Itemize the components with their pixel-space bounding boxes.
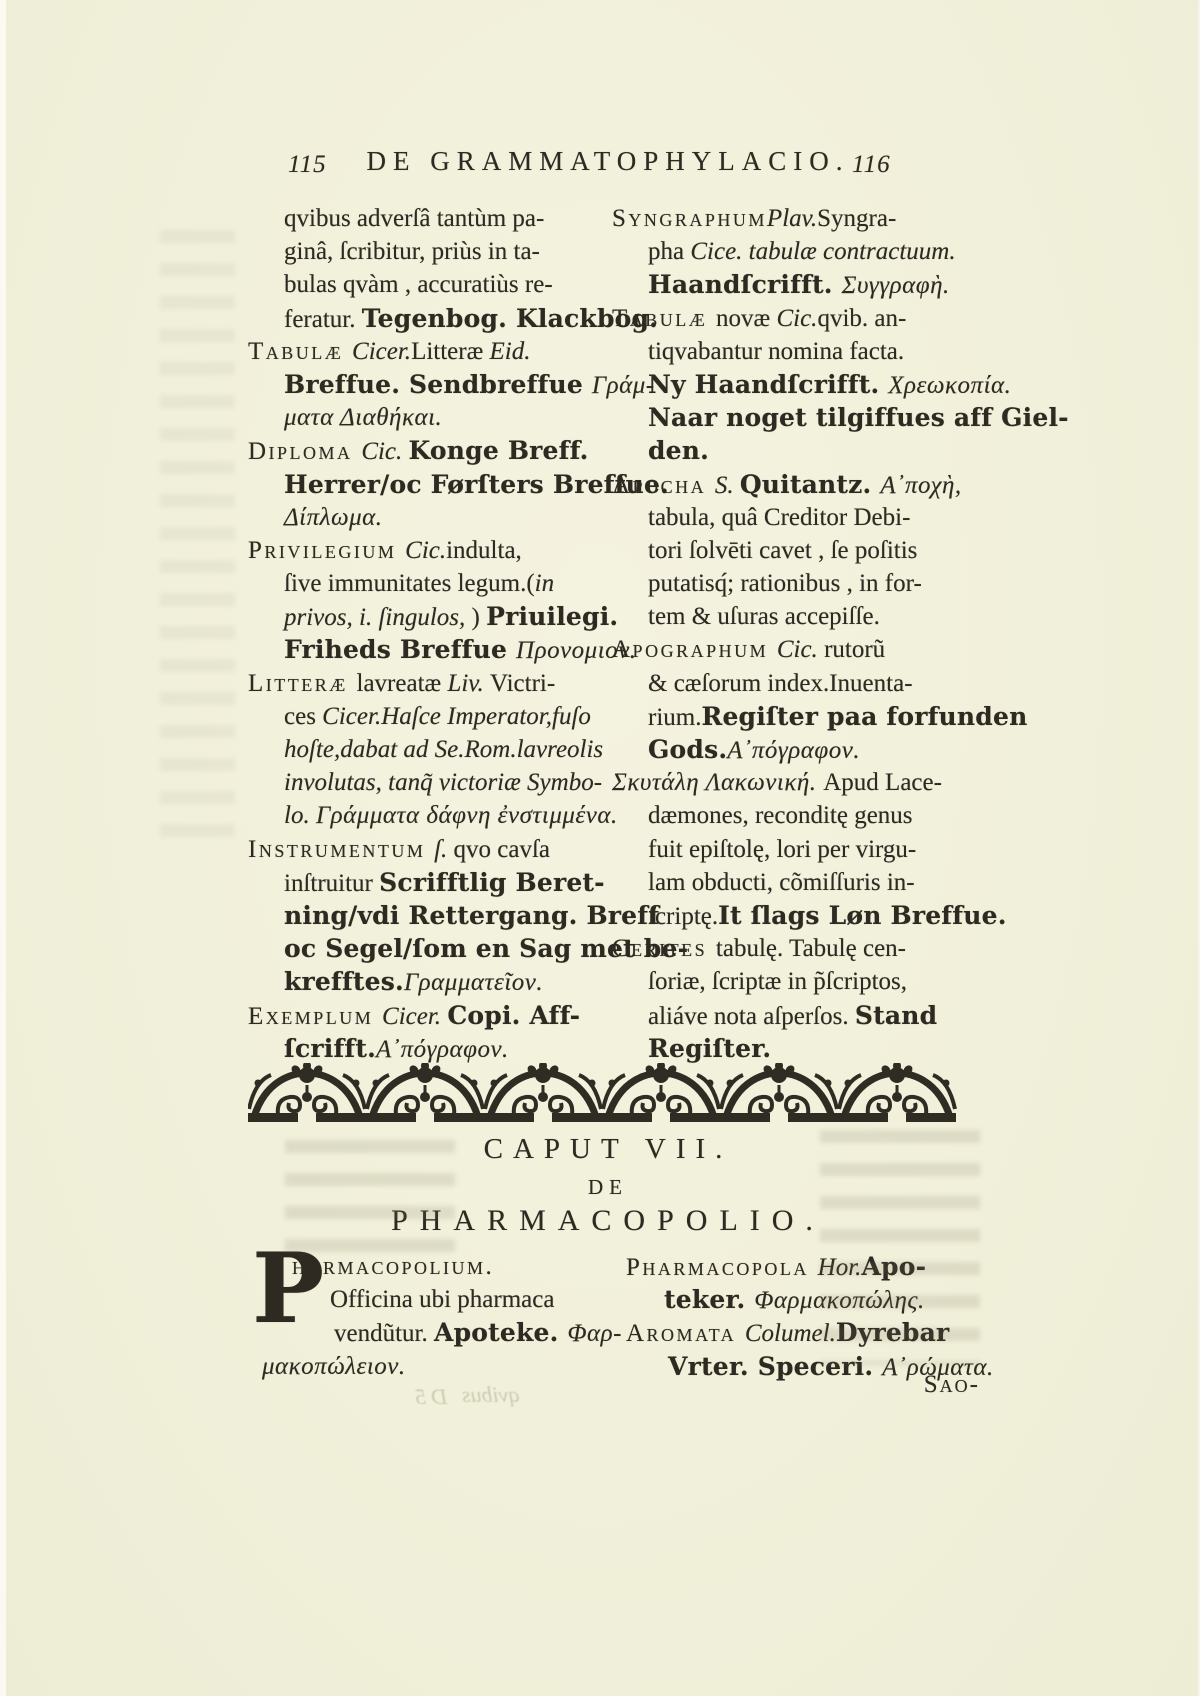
text-line: ginâ, ſcribitur, priùs in ta- — [248, 235, 608, 268]
text-line: feratur. Tegenbog. Klackbog. — [248, 302, 608, 335]
text-line: ces Cicer.Haſce Imperator,fuſo — [248, 700, 608, 733]
left-column: qvibus adverſâ tantùm pa-ginâ, ſcribitur… — [248, 202, 608, 1065]
text-line: vendũtur. Apoteke. Φαρ- — [248, 1316, 628, 1349]
text-line: pha Cice. tabulæ contractuum. — [612, 235, 984, 268]
text-line: μακοπώλειον. — [248, 1350, 628, 1383]
text-line: oc Segel/ſom en Sag met be- — [248, 932, 608, 965]
text-line: putatisq́; rationibus , in for- — [612, 567, 984, 600]
show-through-catchword: qvibus — [462, 1382, 519, 1408]
text-line: ſcrifft.Α᾿πόγραφον. — [248, 1032, 608, 1065]
book-page: 115 DE GRAMMATOPHYLACIO. 116 qvibus adve… — [0, 0, 1200, 1696]
text-line: & cæſorum index.Inuenta- — [612, 667, 984, 700]
text-line: bulas qvàm , accuratiùs re- — [248, 268, 608, 301]
text-line: Δίπλωμα. — [248, 501, 608, 534]
text-line: Apocha S. Quitantz. Α᾿ποχὴ, — [612, 468, 984, 501]
page-number-right: 116 — [852, 151, 891, 179]
text-line: lam obducti, cõmiſſuris in- — [612, 866, 984, 899]
text-line: Friheds Breffue Προνομιον. — [248, 633, 608, 666]
text-line: ning/vdi Rettergang. Breff — [248, 899, 608, 932]
text-line: Regiſter. — [612, 1032, 984, 1065]
text-line: Herrer/oc Førſters Breffue. — [248, 468, 608, 501]
text-line: ſive immunitates legum.(in — [248, 567, 608, 600]
catchword: Sao- — [840, 1371, 980, 1399]
text-line: Gods.Α᾿πόγραφον. — [612, 733, 984, 766]
text-line: hoſte,dabat ad Se.Rom.lavreolis — [248, 733, 608, 766]
text-line: den. — [612, 434, 984, 467]
text-line: Cerites tabulę. Tabulę cen- — [612, 932, 984, 965]
text-line: Breffue. Sendbreffue Γράμ- — [248, 368, 608, 401]
show-through-streak — [285, 1140, 455, 1260]
text-line: Naar noget tilgiffues aff Giel- — [612, 401, 984, 434]
text-line: tabula, quâ Creditor Debi- — [612, 501, 984, 534]
section-left-column: harmacopolium.Officina ubi pharmacavendũ… — [248, 1250, 628, 1383]
text-line: SyngraphumPlav.Syngra- — [612, 202, 984, 235]
text-line: Exemplum Cicer. Copi. Aff- — [248, 999, 608, 1032]
text-line: privos, i. ſingulos, ) Priuilegi. — [248, 600, 608, 633]
text-line: ſcriptę.It ſlags Løn Breffue. — [612, 899, 984, 932]
text-line: krefftes.Γραμματεῖον. — [248, 965, 608, 998]
text-line: Ny Haandſcrifft. Χρεωκοπία. — [612, 368, 984, 401]
text-line: Officina ubi pharmaca — [248, 1283, 628, 1316]
text-line: Litteræ lavreatæ Liv. Victri- — [248, 667, 608, 700]
text-line: rium.Regiſter paa forfunden — [612, 700, 984, 733]
text-line: inſtruitur Scrifftlig Beret- — [248, 866, 608, 899]
right-column: SyngraphumPlav.Syngra-pha Cice. tabulæ c… — [612, 202, 984, 1065]
text-line: lo. Γράμματα δάφνη ἐνστιμμένα. — [248, 799, 608, 832]
text-line: Σκυτάλη Λακωνική. Apud Lace- — [612, 766, 984, 799]
show-through-signature: D 5 — [415, 1384, 447, 1410]
text-line: Diploma Cic. Konge Breff. — [248, 434, 608, 467]
text-line: dæmones, reconditę genus — [612, 799, 984, 832]
text-line: Apographum Cic. rutorũ — [612, 633, 984, 666]
text-line: qvibus adverſâ tantùm pa- — [248, 202, 608, 235]
text-line: tiqvabantur nomina facta. — [612, 335, 984, 368]
text-line: ſoriæ, ſcriptæ in p̃ſcriptos, — [612, 965, 984, 998]
show-through-streak — [820, 1130, 980, 1365]
text-line: Haandſcrifft. Συγγραφὴ. — [612, 268, 984, 301]
show-through-streak — [160, 230, 235, 850]
text-line: ματα Διαθήκαι. — [248, 401, 608, 434]
text-line: fuit epiſtolę, lori per virgu- — [612, 833, 984, 866]
text-line: Tabulæ novæ Cic.qvib. an- — [612, 302, 984, 335]
text-line: involutas, tanq̃ victoriæ Symbo- — [248, 766, 608, 799]
text-line: Tabulæ Cicer.Litteræ Eid. — [248, 335, 608, 368]
text-line: tori ſolvēti cavet , ſe poſitis — [612, 534, 984, 567]
text-line: Instrumentum ſ. qvo cavſa — [248, 833, 608, 866]
text-line: aliáve nota aſperſos. Stand — [612, 999, 984, 1032]
text-line: Privilegium Cic.indulta, — [248, 534, 608, 567]
text-line: tem & uſuras accepiſſe. — [612, 600, 984, 633]
ornament-band — [248, 1063, 960, 1126]
